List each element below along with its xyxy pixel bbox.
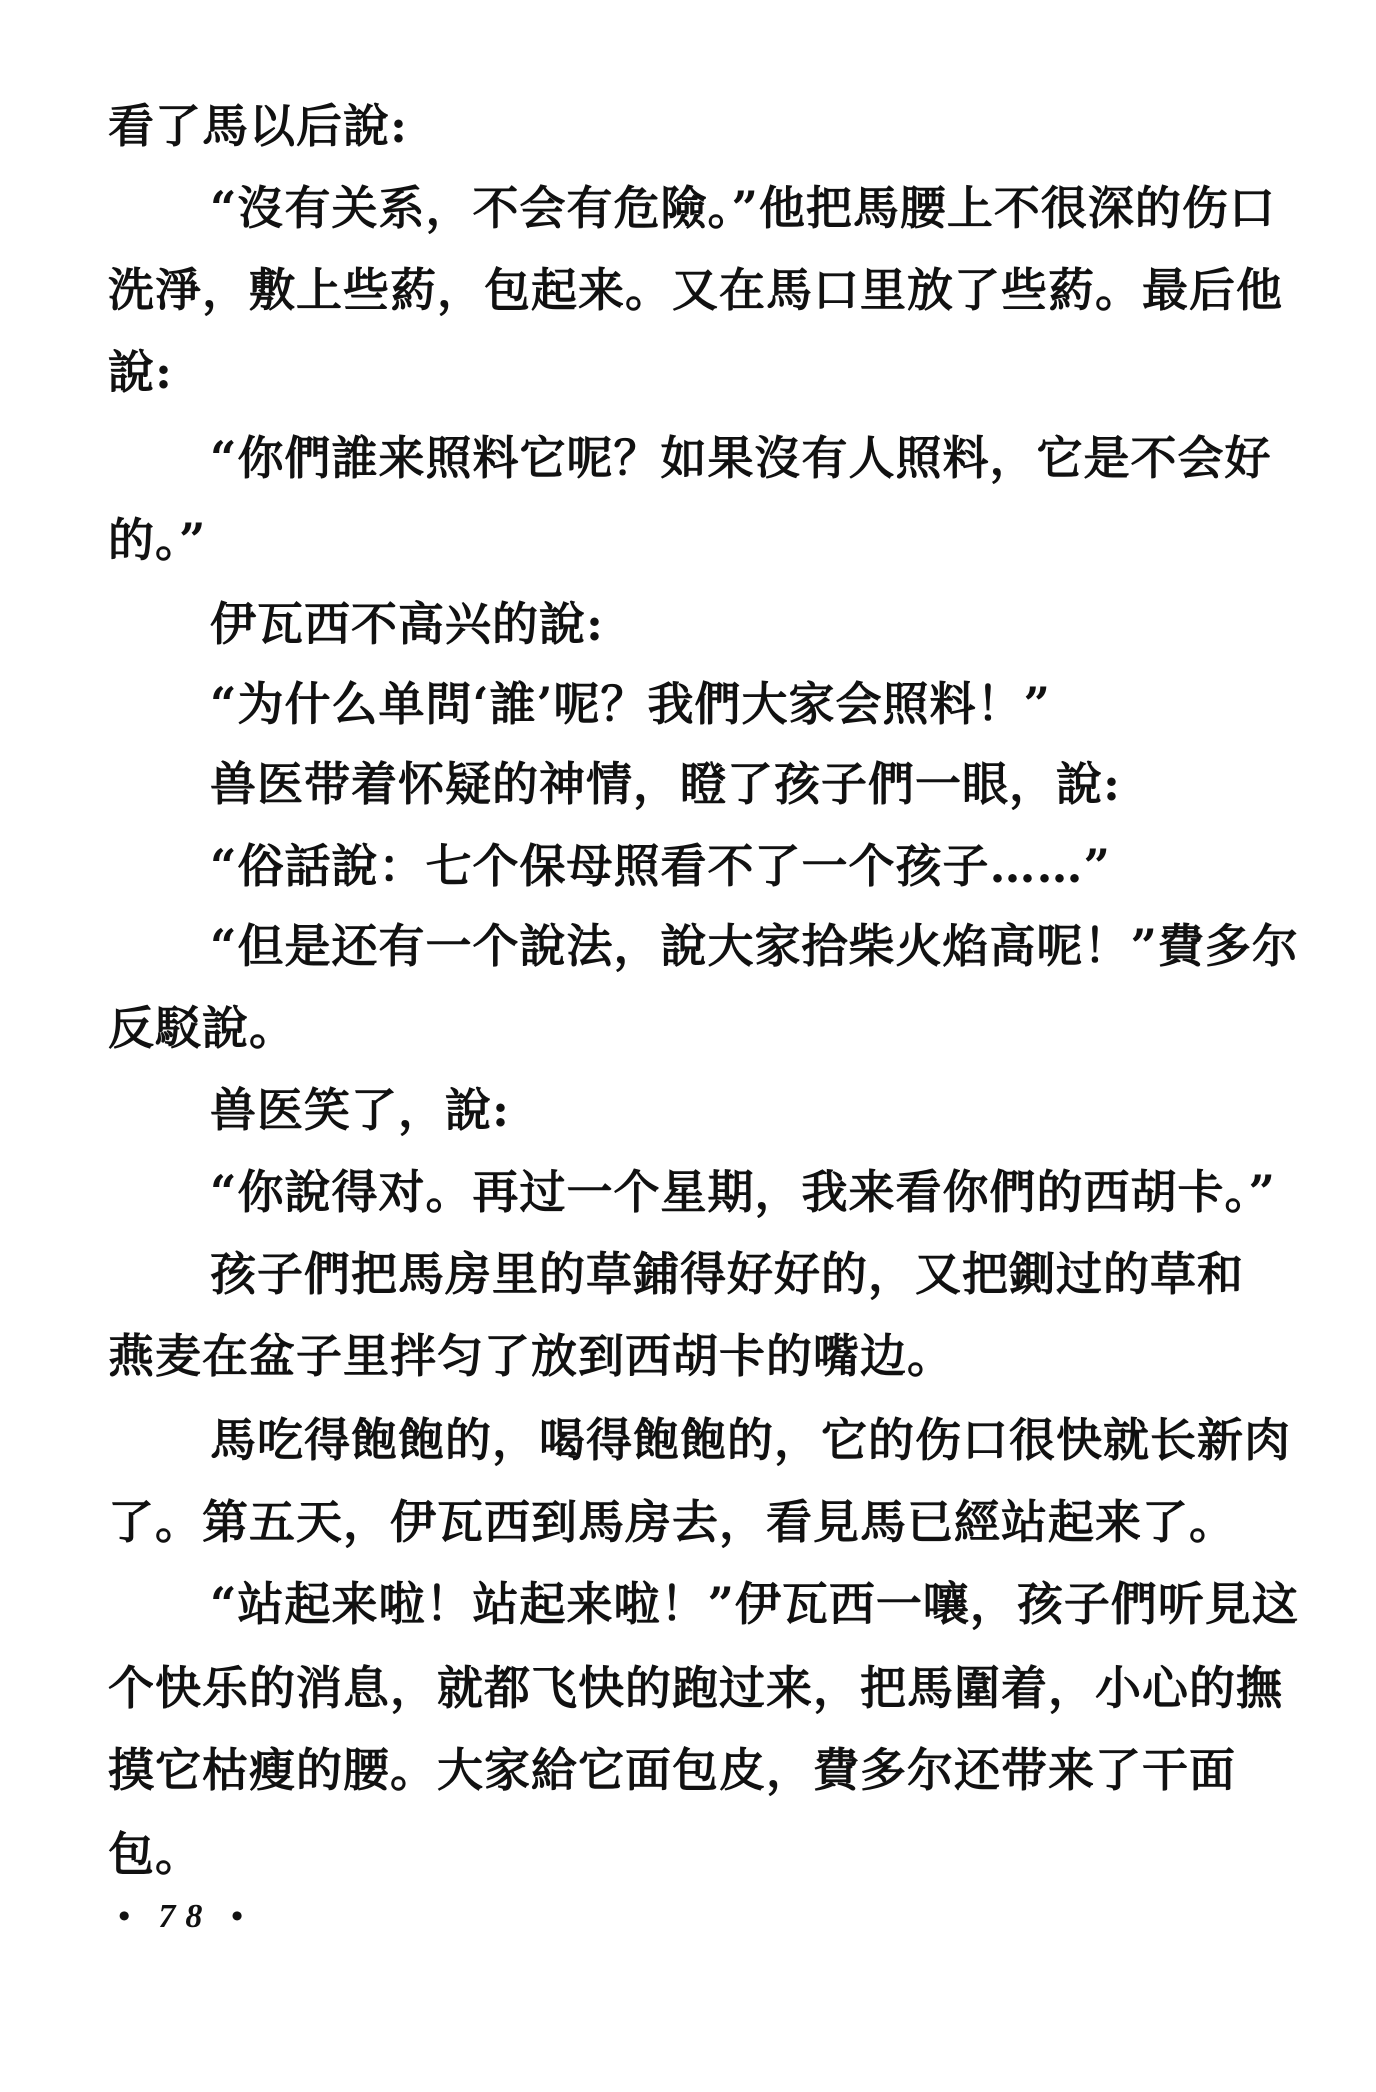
text-line: 包。 xyxy=(108,1826,202,1882)
text-line: 的。” xyxy=(108,512,206,568)
text-line: 說: xyxy=(108,344,173,400)
text-line: “但是还有一个說法，說大家拾柴火焰高呢！”費多尔 xyxy=(210,918,1299,974)
text-line: 了。第五天，伊瓦西到馬房去，看見馬已經站起来了。 xyxy=(108,1494,1236,1550)
page-number: • 78 • xyxy=(118,1898,253,1936)
text-line: “站起来啦！站起来啦！”伊瓦西一嚷，孩子們听見这 xyxy=(210,1576,1299,1632)
text-line: “沒有关系，不会有危險。”他把馬腰上不很深的伤口 xyxy=(210,180,1276,236)
text-line: 兽医笑了，說: xyxy=(210,1082,510,1138)
text-line: “你說得对。再过一个星期，我来看你們的西胡卡。” xyxy=(210,1164,1276,1220)
text-line: 燕麦在盆子里拌匀了放到西胡卡的嘴边。 xyxy=(108,1328,954,1384)
text-line: “你們誰来照料它呢？如果沒有人照料，它是不会好 xyxy=(210,430,1271,486)
text-line: 反駁說。 xyxy=(108,1000,296,1056)
text-line: 孩子們把馬房里的草鋪得好好的，又把鍘过的草和 xyxy=(210,1246,1244,1302)
text-line: 馬吃得飽飽的，喝得飽飽的，它的伤口很快就长新肉 xyxy=(210,1412,1291,1468)
text-line: 个快乐的消息，就都飞快的跑过来，把馬圍着，小心的撫 xyxy=(108,1660,1283,1716)
text-line: 洗淨，敷上些葯，包起来。又在馬口里放了些葯。最后他 xyxy=(108,262,1283,318)
book-page: 看了馬以后說: “沒有关系，不会有危險。”他把馬腰上不很深的伤口 洗淨，敷上些葯… xyxy=(0,0,1376,2092)
text-line: “为什么单問‘誰’呢？我們大家会照料！” xyxy=(210,676,1051,732)
text-line: 兽医带着怀疑的神情，瞪了孩子們一眼，說: xyxy=(210,756,1121,812)
text-line: 伊瓦西不高兴的說: xyxy=(210,596,604,652)
text-line: 摸它枯瘦的腰。大家給它面包皮，費多尔还带来了干面 xyxy=(108,1742,1236,1798)
text-line: “俗話說：七个保母照看不了一个孩子……” xyxy=(210,838,1111,894)
text-line: 看了馬以后說: xyxy=(108,98,408,154)
